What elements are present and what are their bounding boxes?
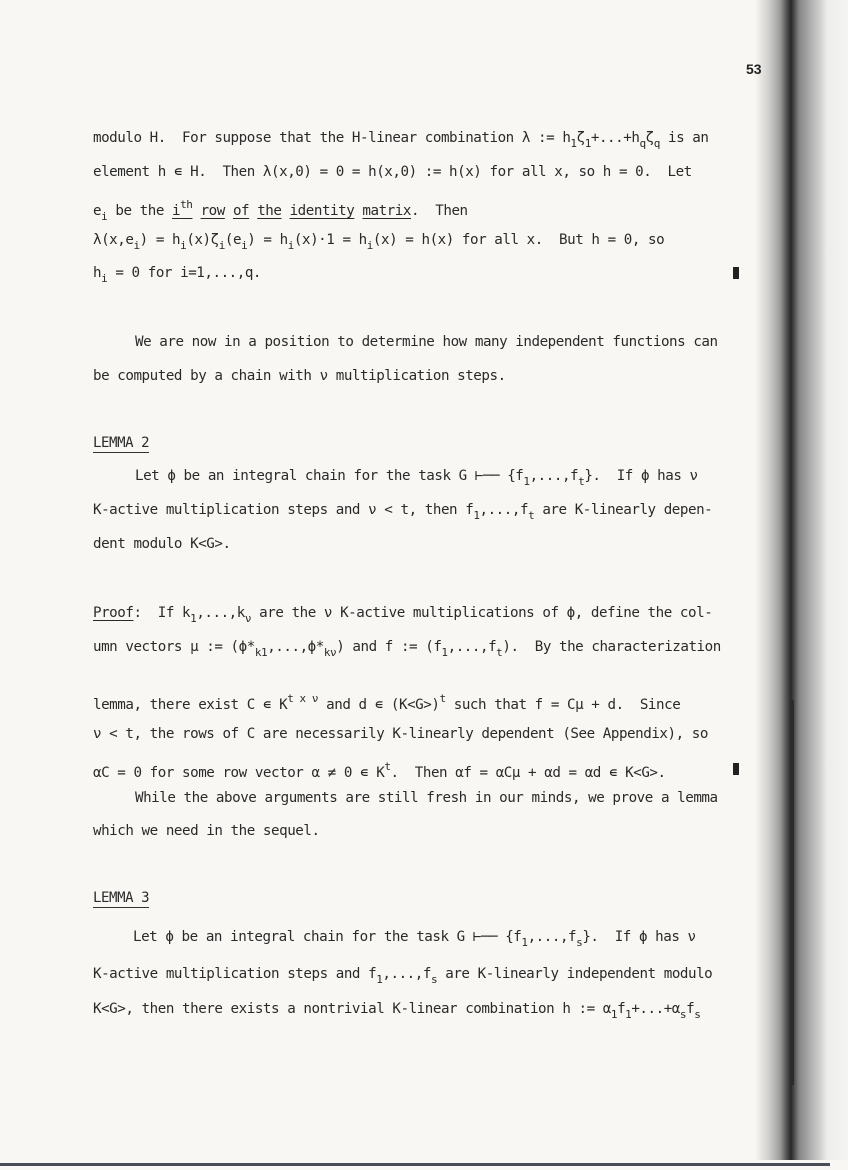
text-line: K<G>, then there exists a nontrivial K-l…: [93, 1001, 700, 1021]
text-line: K-active multiplication steps and f1,...…: [93, 966, 712, 986]
page-number: 53: [746, 61, 762, 77]
qed-mark: [733, 267, 739, 279]
qed-mark: [733, 763, 739, 775]
scanned-page: 53 modulo H. For suppose that the H-line…: [0, 0, 848, 1170]
text-line: K-active multiplication steps and ν < t,…: [93, 502, 712, 522]
text-line: lemma, there exist C ∊ Kt x ν and d ∊ (K…: [93, 692, 680, 713]
text-line: be computed by a chain with ν multiplica…: [93, 368, 506, 384]
lemma-2-heading: LEMMA 2: [93, 435, 149, 451]
text-line: element h ∊ H. Then λ(x,0) = 0 = h(x,0) …: [93, 164, 692, 180]
binding-edge: [790, 700, 794, 1085]
text-line: umn vectors μ := (ϕ*k1,...,ϕ*kν) and f :…: [93, 639, 721, 659]
text-line: modulo H. For suppose that the H-linear …: [93, 130, 708, 150]
page-bottom-edge: [0, 1163, 830, 1166]
lemma-3-heading: LEMMA 3: [93, 890, 149, 906]
text-line: dent modulo K<G>.: [93, 536, 231, 552]
text-line: We are now in a position to determine ho…: [135, 334, 718, 350]
binding-shadow: [755, 0, 848, 1160]
text-line: Let ϕ be an integral chain for the task …: [135, 468, 698, 488]
text-line: While the above arguments are still fres…: [135, 790, 718, 806]
text-line: which we need in the sequel.: [93, 823, 320, 839]
text-line: Proof: If k1,...,kν are the ν K-active m…: [93, 605, 712, 625]
text-line: αC = 0 for some row vector α ≠ 0 ∊ Kt. T…: [93, 760, 666, 781]
text-line: Let ϕ be an integral chain for the task …: [133, 929, 696, 949]
text-line: λ(x,ei) = hi(x)ζi(ei) = hi(x)·1 = hi(x) …: [93, 232, 664, 252]
text-line: ν < t, the rows of C are necessarily K-l…: [93, 726, 708, 742]
proof-label: Proof: [93, 605, 133, 621]
text-line: ei be the ith row of the identity matrix…: [93, 198, 468, 223]
text-line: hi = 0 for i=1,...,q.: [93, 265, 261, 285]
